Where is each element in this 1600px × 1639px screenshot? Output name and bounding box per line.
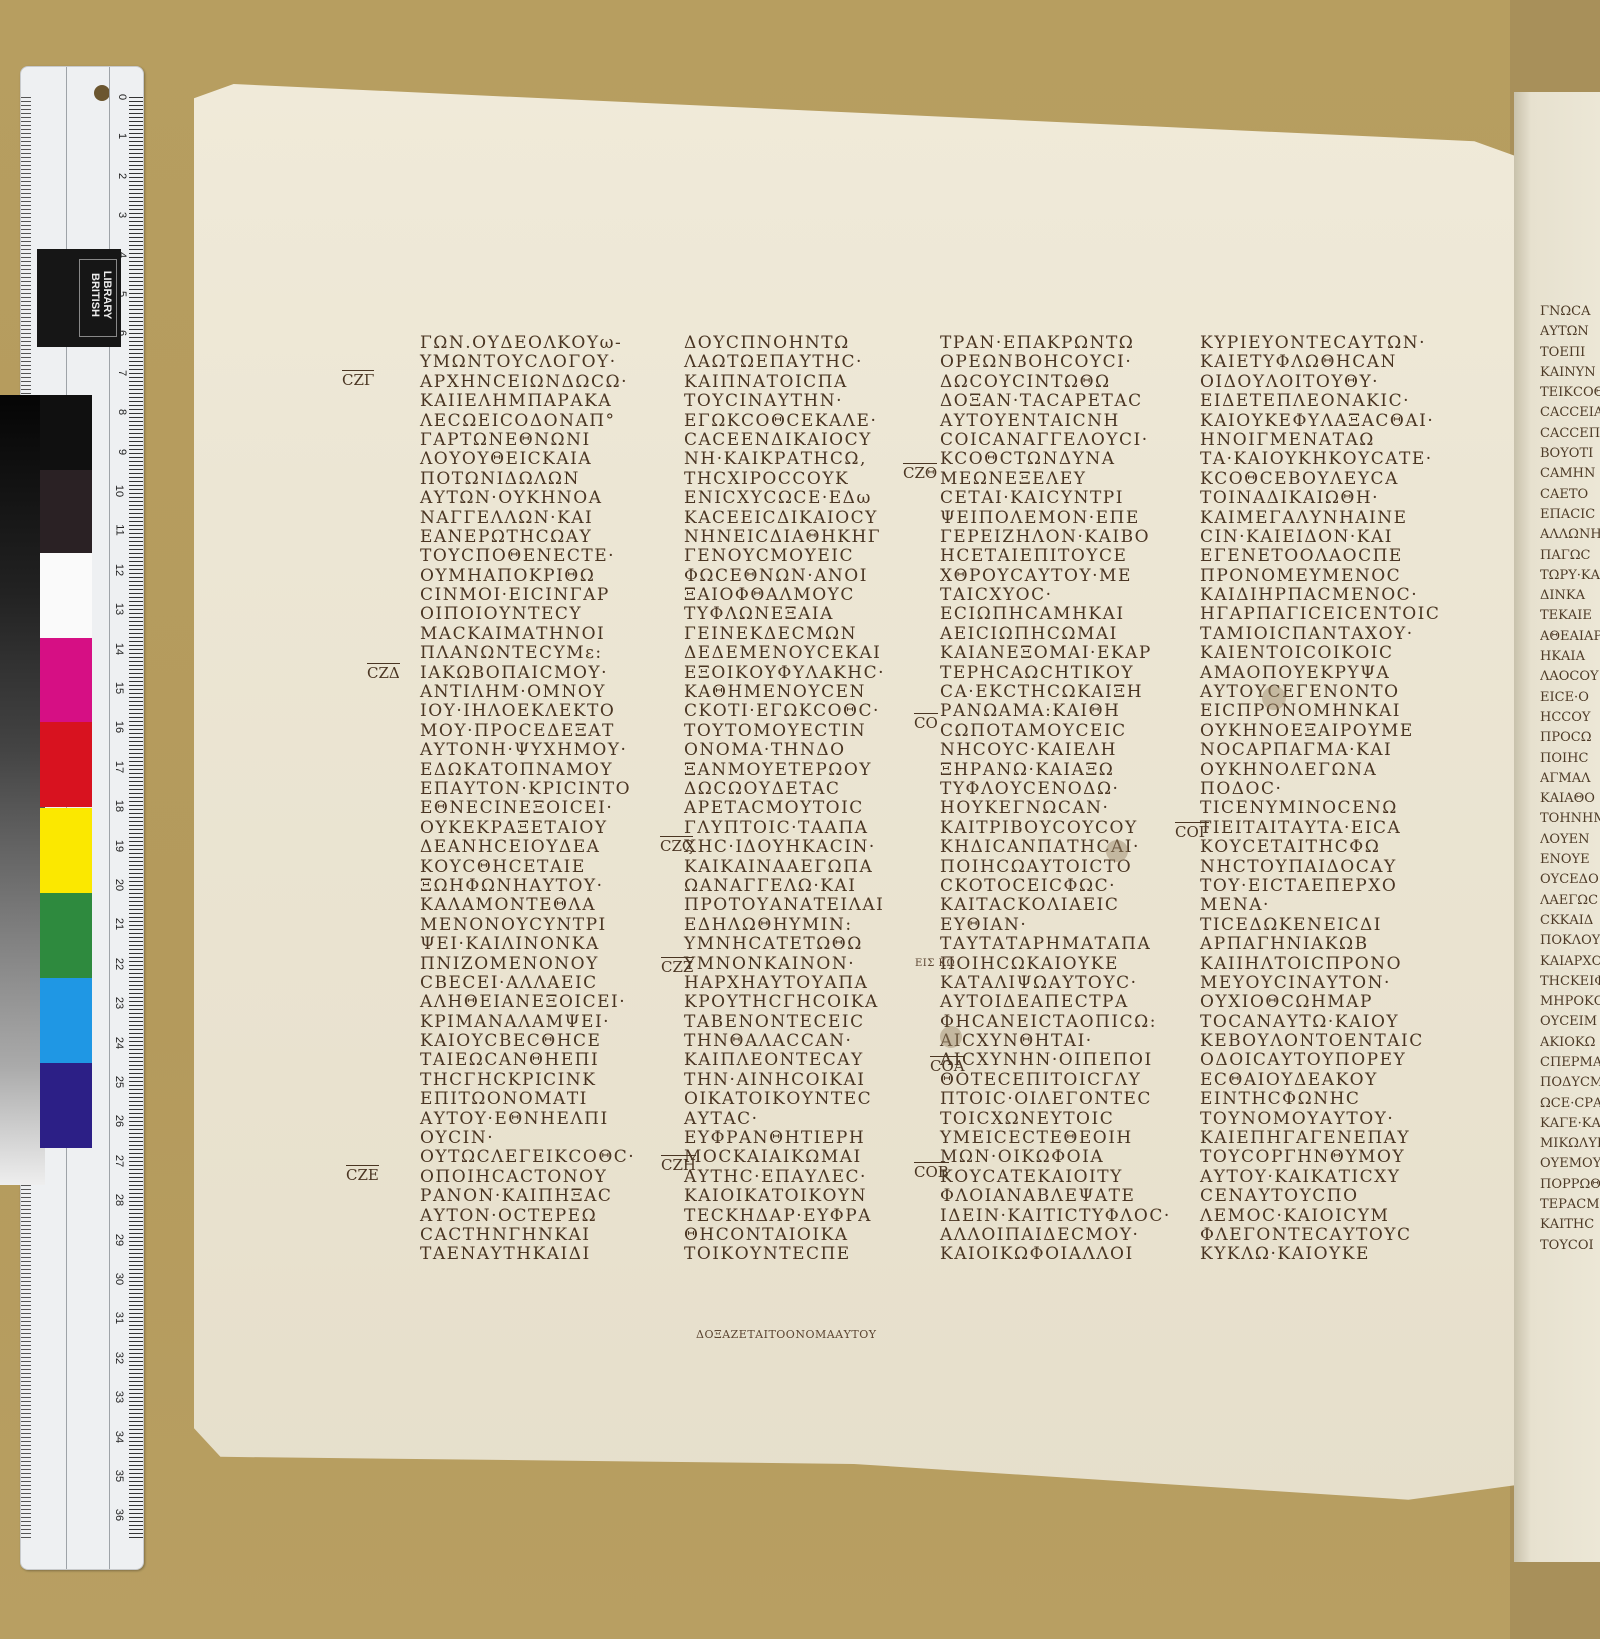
text-line: ΤΕΙΚCΟΘ <box>1540 383 1600 403</box>
text-line: ΗΚΑΙΑ <box>1540 647 1600 667</box>
text-line: CΚΟΤΙ·ΕΓΩΚCΟΘC· <box>684 702 885 721</box>
text-line: ΕΥΦΡΑΝΘΗΤΙΕΡΗ <box>684 1129 885 1148</box>
text-line: ΤΟΥ·ΕΙCΤΑΕΠΕΡΧΟ <box>1200 877 1440 896</box>
color-swatch-white <box>40 553 92 638</box>
section-number: CΖΕ <box>346 1165 379 1184</box>
text-line: ΓΕΝΟΥCΜΟΥΕΙC <box>684 547 885 566</box>
cm-mark: 20 <box>113 879 125 891</box>
text-line: ΚΡΙΜΑΝΑΛΑΜΨΕΙ· <box>420 1013 635 1032</box>
text-line: ΟΔΟΙCΑΥΤΟΥΠΟΡΕΥ <box>1200 1051 1440 1070</box>
text-line: CΕΝΑΥΤΟΥCΠΟ <box>1200 1187 1440 1206</box>
cm-mark: 26 <box>113 1115 125 1127</box>
text-line: ΦΛΕΓΟΝΤΕCΑΥΤΟΥC <box>1200 1226 1440 1245</box>
text-line: ΟΥΕΜΟΥ <box>1540 1154 1600 1174</box>
text-line: CΑCΕΕΝΔΙΚΑΙΟCΥ <box>684 431 885 450</box>
text-line: ΚΟΥCΘΗCΕΤΑΙΕ <box>420 858 635 877</box>
text-line: ΗCCΟΥ <box>1540 708 1600 728</box>
text-line: ΛΕΜΟC·ΚΑΙΟΙCΥΜ <box>1200 1207 1440 1226</box>
text-line: ΚΡΟΥΤΗCΓΗCΟΙΚΑ <box>684 993 885 1012</box>
text-line: CΚΚΑΙΔ <box>1540 911 1600 931</box>
text-line: CΠΕΡΜΑ <box>1540 1053 1600 1073</box>
text-line: ΚΑΛΑΜΟΝΤΕΘΛΑ <box>420 896 635 915</box>
text-line: ΑΥΤΟΥCΕΓΕΝΟΝΤΟ <box>1200 683 1440 702</box>
text-line: ΡΑΝΟΝ·ΚΑΙΠΗΞΑC <box>420 1187 635 1206</box>
text-line: ΤΗCΚΕΙΦ <box>1540 972 1600 992</box>
text-line: ΗCΕΤΑΙΕΠΙΤΟΥCΕ <box>940 547 1171 566</box>
text-line: ΑΓΜΑΛ <box>1540 769 1600 789</box>
text-line: ΤΟΕΠΙ <box>1540 343 1600 363</box>
cm-mark: 2 <box>116 173 128 179</box>
text-line: ΕΙΝΤΗCΦΩΝΗC <box>1200 1090 1440 1109</box>
text-line: ΤΟΥCΟΡΓΗΝΘΥΜΟΥ <box>1200 1148 1440 1167</box>
text-line: ΠΛΑΝΩΝΤΕCΥΜε: <box>420 644 635 663</box>
text-line: ΤΟΥΝΟΜΟΥΑΥΤΟΥ· <box>1200 1110 1440 1129</box>
text-line: ΚΟΥCΕΤΑΙΤΗCΦΩ <box>1200 838 1440 857</box>
text-line: ΔΕΑΝΗCΕΙΟΥΔΕΑ <box>420 838 635 857</box>
text-line: ΗΓΑΡΠΑΓΙCΕΙCΕΝΤΟΙC <box>1200 605 1440 624</box>
text-line: ΑΥΤΩΝ·ΟΥΚΗΝΟΑ <box>420 489 635 508</box>
text-line: ΩΑΝΑΓΓΕΛΩ·ΚΑΙ <box>684 877 885 896</box>
text-line: CΙΝ·ΚΑΙΕΙΔΟΝ·ΚΑΙ <box>1200 528 1440 547</box>
text-line: ΤΡΑΝ·ΕΠΑΚΡΩΝΤΩ <box>940 334 1171 353</box>
label-text: LIBRARY BRITISH <box>89 265 113 325</box>
text-line: ΤΑΒΕΝΟΝΤΕCΕΙC <box>684 1013 885 1032</box>
text-line: ΤΗCΓΗCΚΡΙCΙΝΚ <box>420 1071 635 1090</box>
cm-mark: 10 <box>113 485 125 497</box>
text-line: ΠΟΙΗCΩΚΑΙΟΥΚΕ <box>940 955 1171 974</box>
text-line: ΟΥCΕΙΜ <box>1540 1012 1600 1032</box>
text-line: ΟΝΟΜΑ·ΤΗΝΔΟ <box>684 741 885 760</box>
text-line: ΠΤΟΙC·ΟΙΛΕΓΟΝΤΕC <box>940 1090 1171 1109</box>
corrector-note: ΕΙΣ ΚΩ <box>915 958 955 969</box>
text-line: ΝΗCΟΥC·ΚΑΙΕΛΗ <box>940 741 1171 760</box>
text-line: ΚΑΙΑΝΕΞΟΜΑΙ·ΕΚΑΡ <box>940 644 1171 663</box>
grayscale-chart <box>0 395 45 1185</box>
cm-mark: 9 <box>116 449 128 455</box>
text-line: ΑΥΤΟΥΕΝΤΑΙCΝΗ <box>940 412 1171 431</box>
text-line: CΑ·ΕΚCΤΗCΩΚΑΙΞΗ <box>940 683 1171 702</box>
text-line: ΚΟΥCΑΤΕΚΑΙΟΙΤΥ <box>940 1168 1171 1187</box>
text-line: ΚΕΒΟΥΛΟΝΤΟΕΝΤΑΙC <box>1200 1032 1440 1051</box>
cm-mark: 1 <box>116 133 128 139</box>
text-line: ΤΟΥCΠΟΘΕΝΕCΤΕ· <box>420 547 635 566</box>
text-line: ΟΥΜΗΑΠΟΚΡΙΘΩ <box>420 567 635 586</box>
color-swatch-magenta <box>40 638 92 723</box>
cm-mark: 21 <box>113 918 125 930</box>
text-line: ΚΑΙΙΗΛΤΟΙCΠΡΟΝΟ <box>1200 955 1440 974</box>
text-column-3: ΤΡΑΝ·ΕΠΑΚΡΩΝΤΩΟΡΕΩΝΒΟΗCΟΥCΙ·ΔΩCΟΥCΙΝΤΩΘΩ… <box>940 334 1171 1265</box>
color-swatch-red <box>40 722 92 807</box>
text-line: ΜΗΡΟΚΟ <box>1540 992 1600 1012</box>
text-line: ΑΛΛΩΝΗ <box>1540 525 1600 545</box>
text-line: ΕΙCΠΡΟΝΟΜΗΝΚΑΙ <box>1200 702 1440 721</box>
text-line: ΝΑΓΓΕΛΛΩΝ·ΚΑΙ <box>420 509 635 528</box>
text-line: ΚΑΙΤΗC <box>1540 1215 1600 1235</box>
text-line: ΜΟCΚΑΙΑΙΚΩΜΑΙ <box>684 1148 885 1167</box>
cm-mark: 28 <box>113 1194 125 1206</box>
text-line: ΞΗΡΑΝΩ·ΚΑΙΑΞΩ <box>940 761 1171 780</box>
text-line: ΑΜΑΟΠΟΥΕΚΡΥΨΑ <box>1200 664 1440 683</box>
text-line: ΤΙCΕΝΥΜΙΝΟCΕΝΩ <box>1200 799 1440 818</box>
text-line: ΚCΟΘCΤΩΝΔΥΝΑ <box>940 450 1171 469</box>
text-line: ΔΩCΩΟΥΔΕΤΑC <box>684 780 885 799</box>
text-line: ΚΑΘΗΜΕΝΟΥCΕΝ <box>684 683 885 702</box>
text-line: ΤΩΡΥ·ΚΑ <box>1540 566 1600 586</box>
text-line: ΟΙΠΟΙΟΥΝΤΕCΥ <box>420 605 635 624</box>
text-line: ΟΠΟΙΗCΑCΤΟΝΟΥ <box>420 1168 635 1187</box>
text-line: ΔΙΝΚΑ <box>1540 586 1600 606</box>
text-line: ΜΕΝΑ· <box>1200 896 1440 915</box>
text-line: ΝΗCΤΟΥΠΑΙΔΟCΑΥ <box>1200 858 1440 877</box>
cm-mark: 12 <box>113 564 125 576</box>
text-line: ΠΟΙΗCΩΑΥΤΟΙCΤΟ <box>940 858 1171 877</box>
text-line: ΤΥΦΛΟΥCΕΝΟΔΩ· <box>940 780 1171 799</box>
text-line: ΤΗCΧΙΡΟCCΟΥΚ <box>684 470 885 489</box>
text-line: ΚΑΙΕΤΥΦΛΩΘΗCΑΝ <box>1200 353 1440 372</box>
text-line: ΤΟΙCΧΩΝΕΥΤΟΙC <box>940 1110 1171 1129</box>
text-line: ΕΓΩΚCΟΘCΕΚΑΛΕ· <box>684 412 885 431</box>
text-line: ΓΩΝ.ΟΥΔΕΟΛΚΟΥω- <box>420 334 635 353</box>
text-line: ΞΩΗΦΩΝΗΑΥΤΟΥ· <box>420 877 635 896</box>
cm-mark: 17 <box>113 761 125 773</box>
cm-mark: 29 <box>113 1233 125 1245</box>
ink-stain <box>940 1026 962 1048</box>
text-line: ΛΟΥΕΝ <box>1540 830 1600 850</box>
text-line: ΑΛΗΘΕΙΑΝΕΞΟΙCΕΙ· <box>420 993 635 1012</box>
cm-mark: 18 <box>113 800 125 812</box>
text-line: ΨΕΙ·ΚΑΙΛΙΝΟΝΚΑ <box>420 935 635 954</box>
text-line: ΤΑΥΤΑΤΑΡΗΜΑΤΑΠΑ <box>940 935 1171 954</box>
text-line: ΞΑΝΜΟΥΕΤΕΡΩΟΥ <box>684 761 885 780</box>
text-line: ΝΗ·ΚΑΙΚΡΑΤΗCΩ, <box>684 450 885 469</box>
text-line: ΡΑΝΩΑΜΑ:ΚΑΙΘΗ <box>940 702 1171 721</box>
text-line: ΕΓΕΝΕΤΟΟΛΑΟCΠΕ <box>1200 547 1440 566</box>
text-line: ΕΙΔΕΤΕΠΛΕΟΝΑΚΙC· <box>1200 392 1440 411</box>
text-line: ΚΑΙΤΑCΚΟΛΙΑΕΙC <box>940 896 1171 915</box>
text-line: ΦΩCΕΘΝΩΝ·ΑΝΟΙ <box>684 567 885 586</box>
text-line: ΠΟΔΥCΜ <box>1540 1073 1600 1093</box>
text-line: ΤΗΝΘΑΛΑCCΑΝ· <box>684 1032 885 1051</box>
text-line: ΒΟΥΟΤΙ <box>1540 444 1600 464</box>
ruler-hole <box>94 85 110 101</box>
cm-mark: 8 <box>116 409 128 415</box>
text-column-2: ΔΟΥCΠΝΟΗΝΤΩΛΑΩΤΩΕΠΑΥΤΗC·ΚΑΙΠΝΑΤΟΙCΠΑΤΟΥC… <box>684 334 885 1265</box>
text-line: ΑΥΤΟΥ·ΕΘΝΗΕΛΠΙ <box>420 1110 635 1129</box>
cm-mark: 36 <box>113 1509 125 1521</box>
text-line: ΥΜΝΗCΑΤΕΤΩΘΩ <box>684 935 885 954</box>
text-line: ΥΜΝΟΝΚΑΙΝΟΝ· <box>684 955 885 974</box>
text-line: ΜΕΥΟΥCΙΝΑΥΤΟΝ· <box>1200 974 1440 993</box>
text-line: ΤΗΝ·ΑΙΝΗCΟΙΚΑΙ <box>684 1071 885 1090</box>
text-column-4: ΚΥΡΙΕΥΟΝΤΕCΑΥΤΩΝ·ΚΑΙΕΤΥΦΛΩΘΗCΑΝΟΙΔΟΥΛΟΙΤ… <box>1200 334 1440 1265</box>
text-line: ΚΥΚΛΩ·ΚΑΙΟΥΚΕ <box>1200 1245 1440 1264</box>
text-line: ΑΥΤΟΝΗ·ΨΥΧΗΜΟΥ· <box>420 741 635 760</box>
text-line: ΕΔΗΛΩΘΗΥΜΙΝ: <box>684 916 885 935</box>
text-line: ΓΑΡΤΩΝΕΘΝΩΝΙ <box>420 431 635 450</box>
cm-mark: 24 <box>113 1036 125 1048</box>
text-line: ΚCΟΘCΕΒΟΥΛΕΥCΑ <box>1200 470 1440 489</box>
text-line: ΚΑΤΑΛΙΨΩΑΥΤΟΥC· <box>940 974 1171 993</box>
cm-mark: 13 <box>113 603 125 615</box>
color-swatch-cyan <box>40 978 92 1063</box>
text-line: ΑΙCΧΥΝΗΝ·ΟΙΠΕΠΟΙ <box>940 1051 1171 1070</box>
text-line: ΛΟΥΟΥΘΕΙCΚΑΙΑ <box>420 450 635 469</box>
text-line: ΤΟΥCΙΝΑΥΤΗΝ· <box>684 392 885 411</box>
text-line: ΕΑΝΕΡΩΤΗCΩΑΥ <box>420 528 635 547</box>
cm-mark: 16 <box>113 721 125 733</box>
text-line: ΕCΘΑΙΟΥΔΕΑΚΟΥ <box>1200 1071 1440 1090</box>
cm-mark: 32 <box>113 1352 125 1364</box>
text-line: ΧΘΡΟΥCΑΥΤΟΥ·ΜΕ <box>940 567 1171 586</box>
text-line: ΝΟCΑΡΠΑΓΜΑ·ΚΑΙ <box>1200 741 1440 760</box>
text-line: ΑΥΤΗC·ΕΠΑΥΛΕC· <box>684 1168 885 1187</box>
color-swatch-yellow <box>40 808 92 893</box>
text-line: ΜΟΥ·ΠΡΟCΕΔΕΞΑΤ <box>420 722 635 741</box>
text-line: ΚΑΙΠΛΕΟΝΤΕCΑΥ <box>684 1051 885 1070</box>
text-line: ΤΟΙΚΟΥΝΤΕCΠΕ <box>684 1245 885 1264</box>
cm-mark: 15 <box>113 682 125 694</box>
section-number: CΟ <box>914 713 938 732</box>
text-line: ΤΥΦΛΩΝΕΞΑΙΑ <box>684 605 885 624</box>
text-line: ΔΟΞΑΝ·ΤΑCΑΡΕΤΑC <box>940 392 1171 411</box>
text-line: ΑΝΤΙΛΗΜ·ΟΜΝΟΥ <box>420 683 635 702</box>
section-number: CΟΒ <box>914 1162 949 1181</box>
text-line: ΚΑCΕΕΙCΔΙΚΑΙΟCΥ <box>684 509 885 528</box>
cm-mark: 35 <box>113 1470 125 1482</box>
text-line: ΟΥΚΕΚΡΑΞΕΤΑΙΟΥ <box>420 819 635 838</box>
british-library-label: LIBRARY BRITISH <box>37 249 121 347</box>
text-line: ΑΚΙΟΚΩ <box>1540 1033 1600 1053</box>
ink-stain <box>1262 686 1286 710</box>
text-line: ΕΥΘΙΑΝ· <box>940 916 1171 935</box>
ink-stain <box>1106 840 1128 862</box>
color-swatch-green <box>40 893 92 978</box>
text-line: ΞΑΙΟΦΘΑΛΜΟΥC <box>684 586 885 605</box>
text-line: ΚΑΙΝΥΝ <box>1540 363 1600 383</box>
cm-mark: 3 <box>116 212 128 218</box>
text-line: ΑΥΤΑC· <box>684 1110 885 1129</box>
text-line: ΑΙCΧΥΝΘΗΤΑΙ· <box>940 1032 1171 1051</box>
cm-mark: 11 <box>113 525 125 536</box>
text-line: ΑΡΕΤΑCΜΟΥΤΟΙC <box>684 799 885 818</box>
color-swatch-black <box>40 395 92 470</box>
text-line: ΦΛΟΙΑΝΑΒΛΕΨΑΤΕ <box>940 1187 1171 1206</box>
text-line: ΟΥΚΗΝΟΛΕΓΩΝΑ <box>1200 761 1440 780</box>
text-line: CΒΕCΕΙ·ΑΛΛΑΕΙC <box>420 974 635 993</box>
text-line: ΚΑΙΙΕΛΗΜΠΑΡΑΚΑ <box>420 392 635 411</box>
text-line: ΗΑΡΧΗΑΥΤΟΥΑΠΑ <box>684 974 885 993</box>
text-line: ΘΟΤΕCΕΠΙΤΟΙCΓΛΥ <box>940 1071 1171 1090</box>
section-number: CΟΓ <box>1175 822 1209 841</box>
text-line: ΔΩCΟΥCΙΝΤΩΘΩ <box>940 373 1171 392</box>
text-line: ΝΗΝΕΙCΔΙΑΘΗΚΗΓ <box>684 528 885 547</box>
text-line: CΑCΤΗΝΓΗΝΚΑΙ <box>420 1226 635 1245</box>
text-line: ΠΡΟΝΟΜΕΥΜΕΝΟC <box>1200 567 1440 586</box>
text-line: CΑΕΤΟ <box>1540 485 1600 505</box>
text-line: ΕΔΩΚΑΤΟΠΝΑΜΟΥ <box>420 761 635 780</box>
section-number: CΖΔ <box>367 663 400 682</box>
cm-mark: 7 <box>116 370 128 376</box>
text-line: CΙΝΜΟΙ·ΕΙCΙΝΓΑΡ <box>420 586 635 605</box>
text-line: ΠΡΟCΩ <box>1540 728 1600 748</box>
text-line: ΚΑΙΔΙΗΡΠΑCΜΕΝΟC· <box>1200 586 1440 605</box>
cm-mark: 22 <box>113 958 125 970</box>
text-line: ΤΟΥΤΟΜΟΥΕCΤΙΝ <box>684 722 885 741</box>
text-line: ΔΕΔΕΜΕΝΟΥCΕΚΑΙ <box>684 644 885 663</box>
text-line: ΑΛΛΟΙΠΑΙΔΕCΜΟΥ· <box>940 1226 1171 1245</box>
section-number: CΖΗ <box>661 1155 696 1174</box>
cm-mark: 25 <box>113 1076 125 1088</box>
text-line: ΠΟΡΡΩΘΕ <box>1540 1175 1600 1195</box>
text-line: ΑΥΤΟΥ·ΚΑΙΚΑΤΙCΧΥ <box>1200 1168 1440 1187</box>
cm-mark: 34 <box>113 1430 125 1442</box>
text-line: ΠΝΙΖΟΜΕΝΟΝΟΥ <box>420 955 635 974</box>
text-line: ΤΟΥCΟΙ <box>1540 1236 1600 1256</box>
text-line: ΤΑ·ΚΑΙΟΥΚΗΚΟΥCΑΤΕ· <box>1200 450 1440 469</box>
text-line: ΑΥΤΩΝ <box>1540 322 1600 342</box>
text-line: ΚΗΔΙCΑΝΠΑΤΗCΑΙ· <box>940 838 1171 857</box>
text-line: ΓΕΙΝΕΚΔΕCΜΩΝ <box>684 625 885 644</box>
text-line: ΜΩΝ·ΟΙΚΩΦΟΙΑ <box>940 1148 1171 1167</box>
text-line: ΕΠΙΤΩΟΝΟΜΑΤΙ <box>420 1090 635 1109</box>
text-line: ΚΑΙΜΕΓΑΛΥΝΗΑΙΝΕ <box>1200 509 1440 528</box>
text-line: ΤΕΡΗCΑΩCΗΤΙΚΟΥ <box>940 664 1171 683</box>
text-line: ΗΝΟΙΓΜΕΝΑΤΑΩ <box>1200 431 1440 450</box>
text-line: ΑΡΧΗΝCΕΙΩΝΔΩCΩ· <box>420 373 635 392</box>
text-line: ΚΑΙΑΘΟ <box>1540 789 1600 809</box>
text-line: ΤΑΕΝΑΥΤΗΚΑΙΔΙ <box>420 1245 635 1264</box>
text-line: CΑCCΕΙΑ <box>1540 403 1600 423</box>
text-line: ΑΥΤΟΝ·ΟCΤΕΡΕΩ <box>420 1207 635 1226</box>
text-line: ΚΥΡΙΕΥΟΝΤΕCΑΥΤΩΝ· <box>1200 334 1440 353</box>
text-line: ΚΑΙΟΥCΒΕCΘΗCΕ <box>420 1032 635 1051</box>
text-line: ΘΗCΟΝΤΑΙΟΙΚΑ <box>684 1226 885 1245</box>
text-line: ΑΥΤΟΙΔΕΑΠΕCΤΡΑ <box>940 993 1171 1012</box>
text-line: ΕΝΙCΧΥCΩCΕ·ΕΔω <box>684 489 885 508</box>
text-line: ΟΥCΕΔΟ <box>1540 870 1600 890</box>
text-line: ΥΜΕΙCΕCΤΕΘΕΟΙΗ <box>940 1129 1171 1148</box>
text-line: ΜΑCΚΑΙΜΑΤΗΝΟΙ <box>420 625 635 644</box>
text-line: CΕΤΑΙ·ΚΑΙCΥΝΤΡΙ <box>940 489 1171 508</box>
text-line: ΧΗC·ΙΔΟΥΗΚΑCΙΝ· <box>684 838 885 857</box>
text-line: ΤΙΕΙΤΑΙΤΑΥΤΑ·ΕΙCΑ <box>1200 819 1440 838</box>
color-swatch-dark-brown <box>40 470 92 555</box>
text-line: ΜΕΩΝΕΞΕΛΕΥ <box>940 470 1171 489</box>
text-line: ΟΥCΙΝ· <box>420 1129 635 1148</box>
text-line: ΛΕCΩΕΙCΟΔΟΝΑΠ° <box>420 412 635 431</box>
cm-mark: 23 <box>113 997 125 1009</box>
text-line: ΠΑΓΩC <box>1540 546 1600 566</box>
text-line: ΤΟΙΝΑΔΙΚΑΙΩΘΗ· <box>1200 489 1440 508</box>
cm-mark: 30 <box>113 1273 125 1285</box>
text-line: ΚΑΓΕ·ΚΑΙ <box>1540 1114 1600 1134</box>
text-line: ΚΑΙΑΡΧΟ <box>1540 952 1600 972</box>
text-line: ΙΑΚΩΒΟΠΑΙCΜΟΥ· <box>420 664 635 683</box>
text-line: CΚΟΤΟCΕΙCΦΩC· <box>940 877 1171 896</box>
adjacent-leaf-text: ΓΝΩCΑΑΥΤΩΝΤΟΕΠΙΚΑΙΝΥΝΤΕΙΚCΟΘCΑCCΕΙΑCΑCCΕ… <box>1540 302 1600 1256</box>
text-line: ΟΥΤΩCΛΕΓΕΙΚCΟΘC· <box>420 1148 635 1167</box>
text-line: CΑCCΕΠ <box>1540 424 1600 444</box>
section-number: CΟΑ <box>930 1056 965 1075</box>
text-line: ΟΙΔΟΥΛΟΙΤΟΥΘΥ· <box>1200 373 1440 392</box>
text-line: CΩΠΟΤΑΜΟΥCΕΙC <box>940 722 1171 741</box>
text-line: ΙΔΕΙΝ·ΚΑΙΤΙCΤΥΦΛΟC· <box>940 1207 1171 1226</box>
text-line: ΦΗCΑΝΕΙCΤΑΟΠΙCΩ: <box>940 1013 1171 1032</box>
text-line: ΑΡΠΑΓΗΝΙΑΚΩΒ <box>1200 935 1440 954</box>
text-line: ΤΕΡΑCΜ <box>1540 1195 1600 1215</box>
text-line: ΕΠΑΥΤΟΝ·ΚΡΙCΙΝΤΟ <box>420 780 635 799</box>
cm-mark: 19 <box>113 839 125 851</box>
text-line: ΠΟΤΩΝΙΔΩΛΩΝ <box>420 470 635 489</box>
color-swatch-blue-violet <box>40 1063 92 1148</box>
text-line: ΗΟΥΚΕΓΝΩCΑΝ· <box>940 799 1171 818</box>
text-line: ΤΟΗΝΗΜ <box>1540 809 1600 829</box>
text-line: ΛΑΕΓΩC <box>1540 891 1600 911</box>
text-line: ΠΡΟΤΟΥΑΝΑΤΕΙΛΑΙ <box>684 896 885 915</box>
text-line: ΤΑΙCΧΥΟC· <box>940 586 1171 605</box>
text-line: ΟΥΧΙΟΘCΩΗΜΑΡ <box>1200 993 1440 1012</box>
text-line: ΤΑΙΕΩCΑΝΘΗΕΠΙ <box>420 1051 635 1070</box>
section-number: CΖΖ <box>661 957 693 976</box>
text-line: CΑΜΗΝ <box>1540 464 1600 484</box>
text-line: ΚΑΙΤΡΙΒΟΥCΟΥCΟΥ <box>940 819 1171 838</box>
text-line: ΤΟCΑΝΑΥΤΩ·ΚΑΙΟΥ <box>1200 1013 1440 1032</box>
text-line: ΜΕΝΟΝΟΥCΥΝΤΡΙ <box>420 916 635 935</box>
cm-mark: 33 <box>113 1391 125 1403</box>
section-number: CΖΘ <box>903 463 937 482</box>
text-line: ΥΜΩΝΤΟΥCΛΟΓΟΥ· <box>420 353 635 372</box>
bottom-marginal-note: ΔΟΞΑΖΕΤΑΙΤΟΟΝΟΜΑΑΥΤΟΥ <box>696 1328 877 1341</box>
text-line: ΕΝΟΥΕ <box>1540 850 1600 870</box>
text-line: ΕΠΑCΙC <box>1540 505 1600 525</box>
text-line: ΠΟΚΛΟΥ <box>1540 931 1600 951</box>
text-line: CΟΙCΑΝΑΓΓΕΛΟΥCΙ· <box>940 431 1171 450</box>
text-column-1: ΓΩΝ.ΟΥΔΕΟΛΚΟΥω-ΥΜΩΝΤΟΥCΛΟΓΟΥ·ΑΡΧΗΝCΕΙΩΝΔ… <box>420 334 635 1265</box>
text-line: ΓΝΩCΑ <box>1540 302 1600 322</box>
text-line: ΤΙCΕΔΩΚΕΝΕΙCΔΙ <box>1200 916 1440 935</box>
text-line: ΤΕCΚΗΔΑΡ·ΕΥΦΡΑ <box>684 1207 885 1226</box>
text-line: ΚΑΙΟΥΚΕΦΥΛΑΞΑCΘΑΙ· <box>1200 412 1440 431</box>
text-line: ΩCΕ·CΡΑ <box>1540 1094 1600 1114</box>
cm-mark: 27 <box>113 1155 125 1167</box>
text-line: ΑΘΕΑΙΑΡ <box>1540 627 1600 647</box>
cm-mark: 14 <box>113 642 125 654</box>
text-line: ΛΑΟCΟΥ <box>1540 667 1600 687</box>
text-line: ΜΙΚΩΛΥΕ <box>1540 1134 1600 1154</box>
text-line: ΨΕΙΠΟΛΕΜΟΝ·ΕΠΕ <box>940 509 1171 528</box>
text-line: ΙΟΥ·ΙΗΛΟΕΚΛΕΚΤΟ <box>420 702 635 721</box>
text-line: ΚΑΙΕΠΗΓΑΓΕΝΕΠΑΥ <box>1200 1129 1440 1148</box>
text-line: ΠΟΙΗC <box>1540 749 1600 769</box>
section-number: CΖϚ <box>660 836 693 855</box>
text-line: ΟΙΚΑΤΟΙΚΟΥΝΤΕC <box>684 1090 885 1109</box>
text-line: ΤΕΚΑΙΕ <box>1540 606 1600 626</box>
text-line: ΚΑΙΟΙΚΑΤΟΙΚΟΥΝ <box>684 1187 885 1206</box>
text-line: ΑΕΙCΙΩΠΗCΩΜΑΙ <box>940 625 1171 644</box>
text-line: ΕΞΟΙΚΟΥΦΥΛΑΚΗC· <box>684 664 885 683</box>
text-line: ΚΑΙΠΝΑΤΟΙCΠΑ <box>684 373 885 392</box>
cm-mark: 31 <box>113 1312 125 1324</box>
text-line: ΔΟΥCΠΝΟΗΝΤΩ <box>684 334 885 353</box>
section-number: CΖΓ <box>342 370 374 389</box>
text-line: ΚΑΙΟΙΚΩΦΟΙΑΛΛΟΙ <box>940 1245 1171 1264</box>
text-line: ΟΥΚΗΝΟΕΞΑΙΡΟΥΜΕ <box>1200 722 1440 741</box>
text-line: ΚΑΙΕΝΤΟΙCΟΙΚΟΙC <box>1200 644 1440 663</box>
text-line: ΚΑΙΚΑΙΝΑΑΕΓΩΠΑ <box>684 858 885 877</box>
text-line: ΟΡΕΩΝΒΟΗCΟΥCΙ· <box>940 353 1171 372</box>
cm-ticks <box>129 97 143 1539</box>
text-line: ΓΛΥΠΤΟΙC·ΤΑΑΠΑ <box>684 819 885 838</box>
